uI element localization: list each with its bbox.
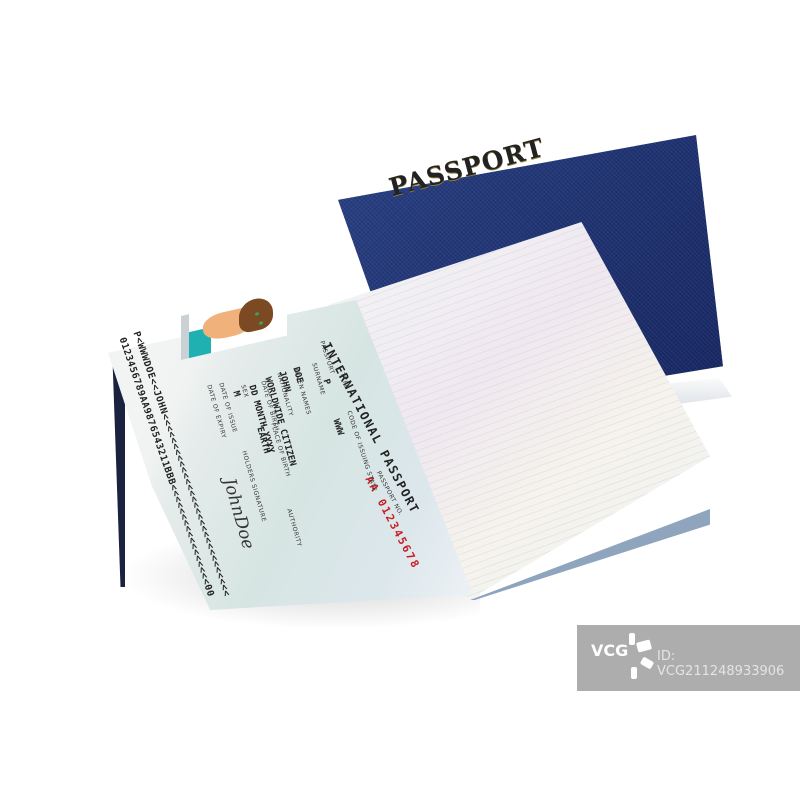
watermark-burst-icon bbox=[625, 633, 655, 681]
watermark-id: ID: VCG211248933906 bbox=[657, 649, 800, 679]
watermark-logo: VCG bbox=[591, 641, 628, 660]
passport-scene: PASSPORT INTERNATIONAL PASSPORT PASSPORT… bbox=[0, 0, 800, 800]
watermark: VCG ID: VCG211248933906 bbox=[577, 625, 800, 691]
